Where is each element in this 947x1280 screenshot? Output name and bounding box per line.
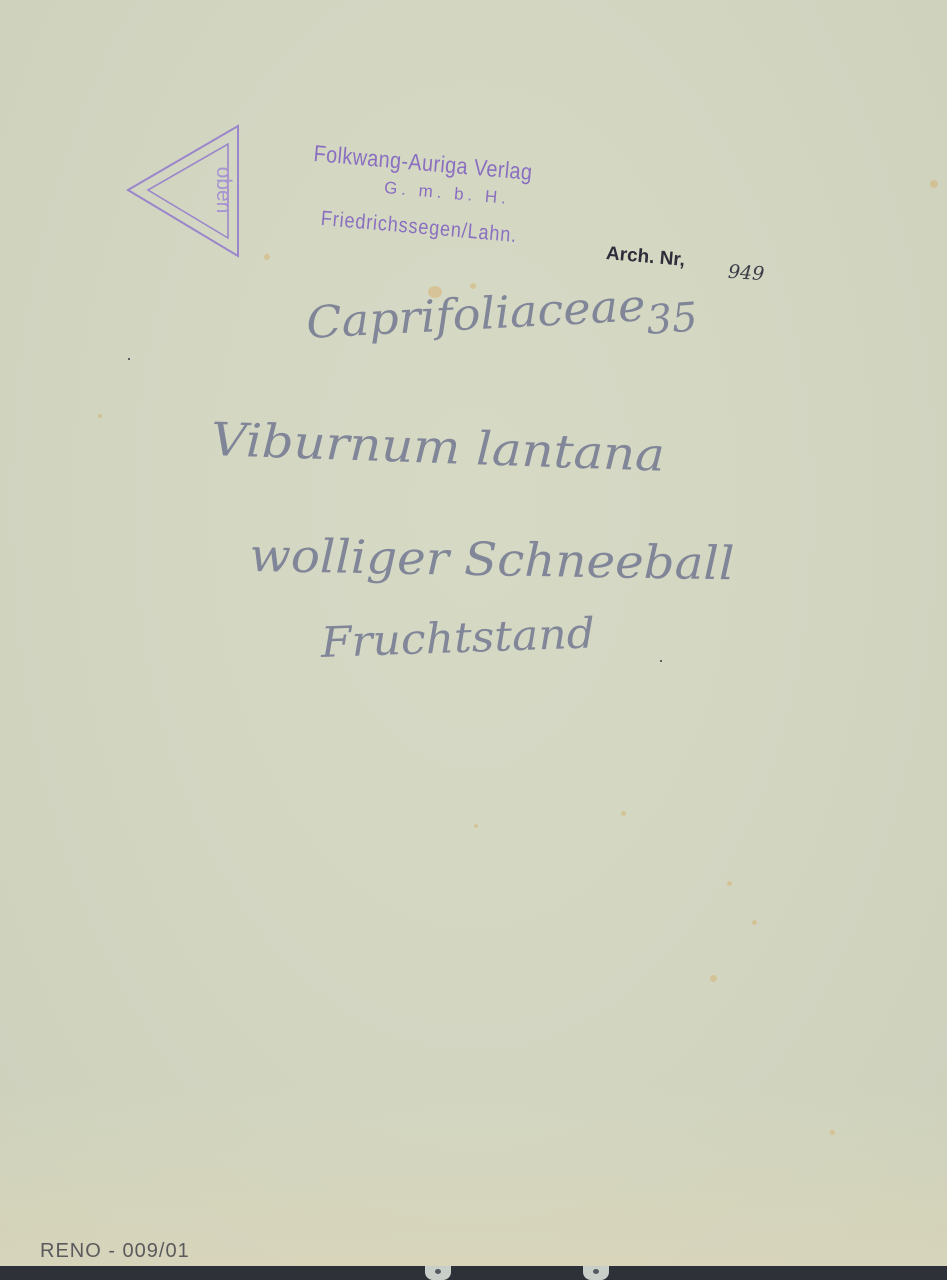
foxing-spot (710, 975, 717, 982)
foxing-spot (264, 254, 270, 260)
handwritten-common-name: wolliger Schneeball (249, 528, 735, 590)
publisher-name: Folkwang-Auriga Verlag (313, 140, 534, 186)
publisher-location: Friedrichssegen/Lahn. (320, 207, 518, 248)
mount-clip (583, 1266, 609, 1280)
handwritten-family-number: 35 (645, 294, 699, 343)
handwritten-species: Viburnum lantana (210, 412, 666, 482)
orientation-stamp: oben (124, 124, 244, 258)
photo-backside-sheet: oben Folkwang-Auriga Verlag G. m. b. H. … (0, 0, 947, 1266)
foxing-spot (830, 1130, 835, 1135)
archive-number-label: Arch. Nr, (605, 243, 686, 272)
speck (660, 660, 662, 662)
foxing-spot (727, 881, 732, 886)
foxing-spot (621, 811, 626, 816)
archive-number-value: 949 (727, 261, 765, 285)
catalog-id: RENO - 009/01 (40, 1240, 190, 1263)
scanner-background-edge (0, 1266, 947, 1280)
handwritten-note: Fruchtstand (320, 608, 596, 667)
mount-clip (425, 1266, 451, 1280)
foxing-spot (930, 180, 938, 188)
triangle-arrow-icon: oben (124, 124, 244, 258)
speck (128, 358, 130, 360)
handwritten-family: Caprifoliaceae (305, 280, 647, 349)
foxing-spot (752, 920, 757, 925)
foxing-spot (474, 824, 478, 828)
foxing-spot (98, 414, 102, 418)
orientation-label: oben (212, 167, 235, 214)
